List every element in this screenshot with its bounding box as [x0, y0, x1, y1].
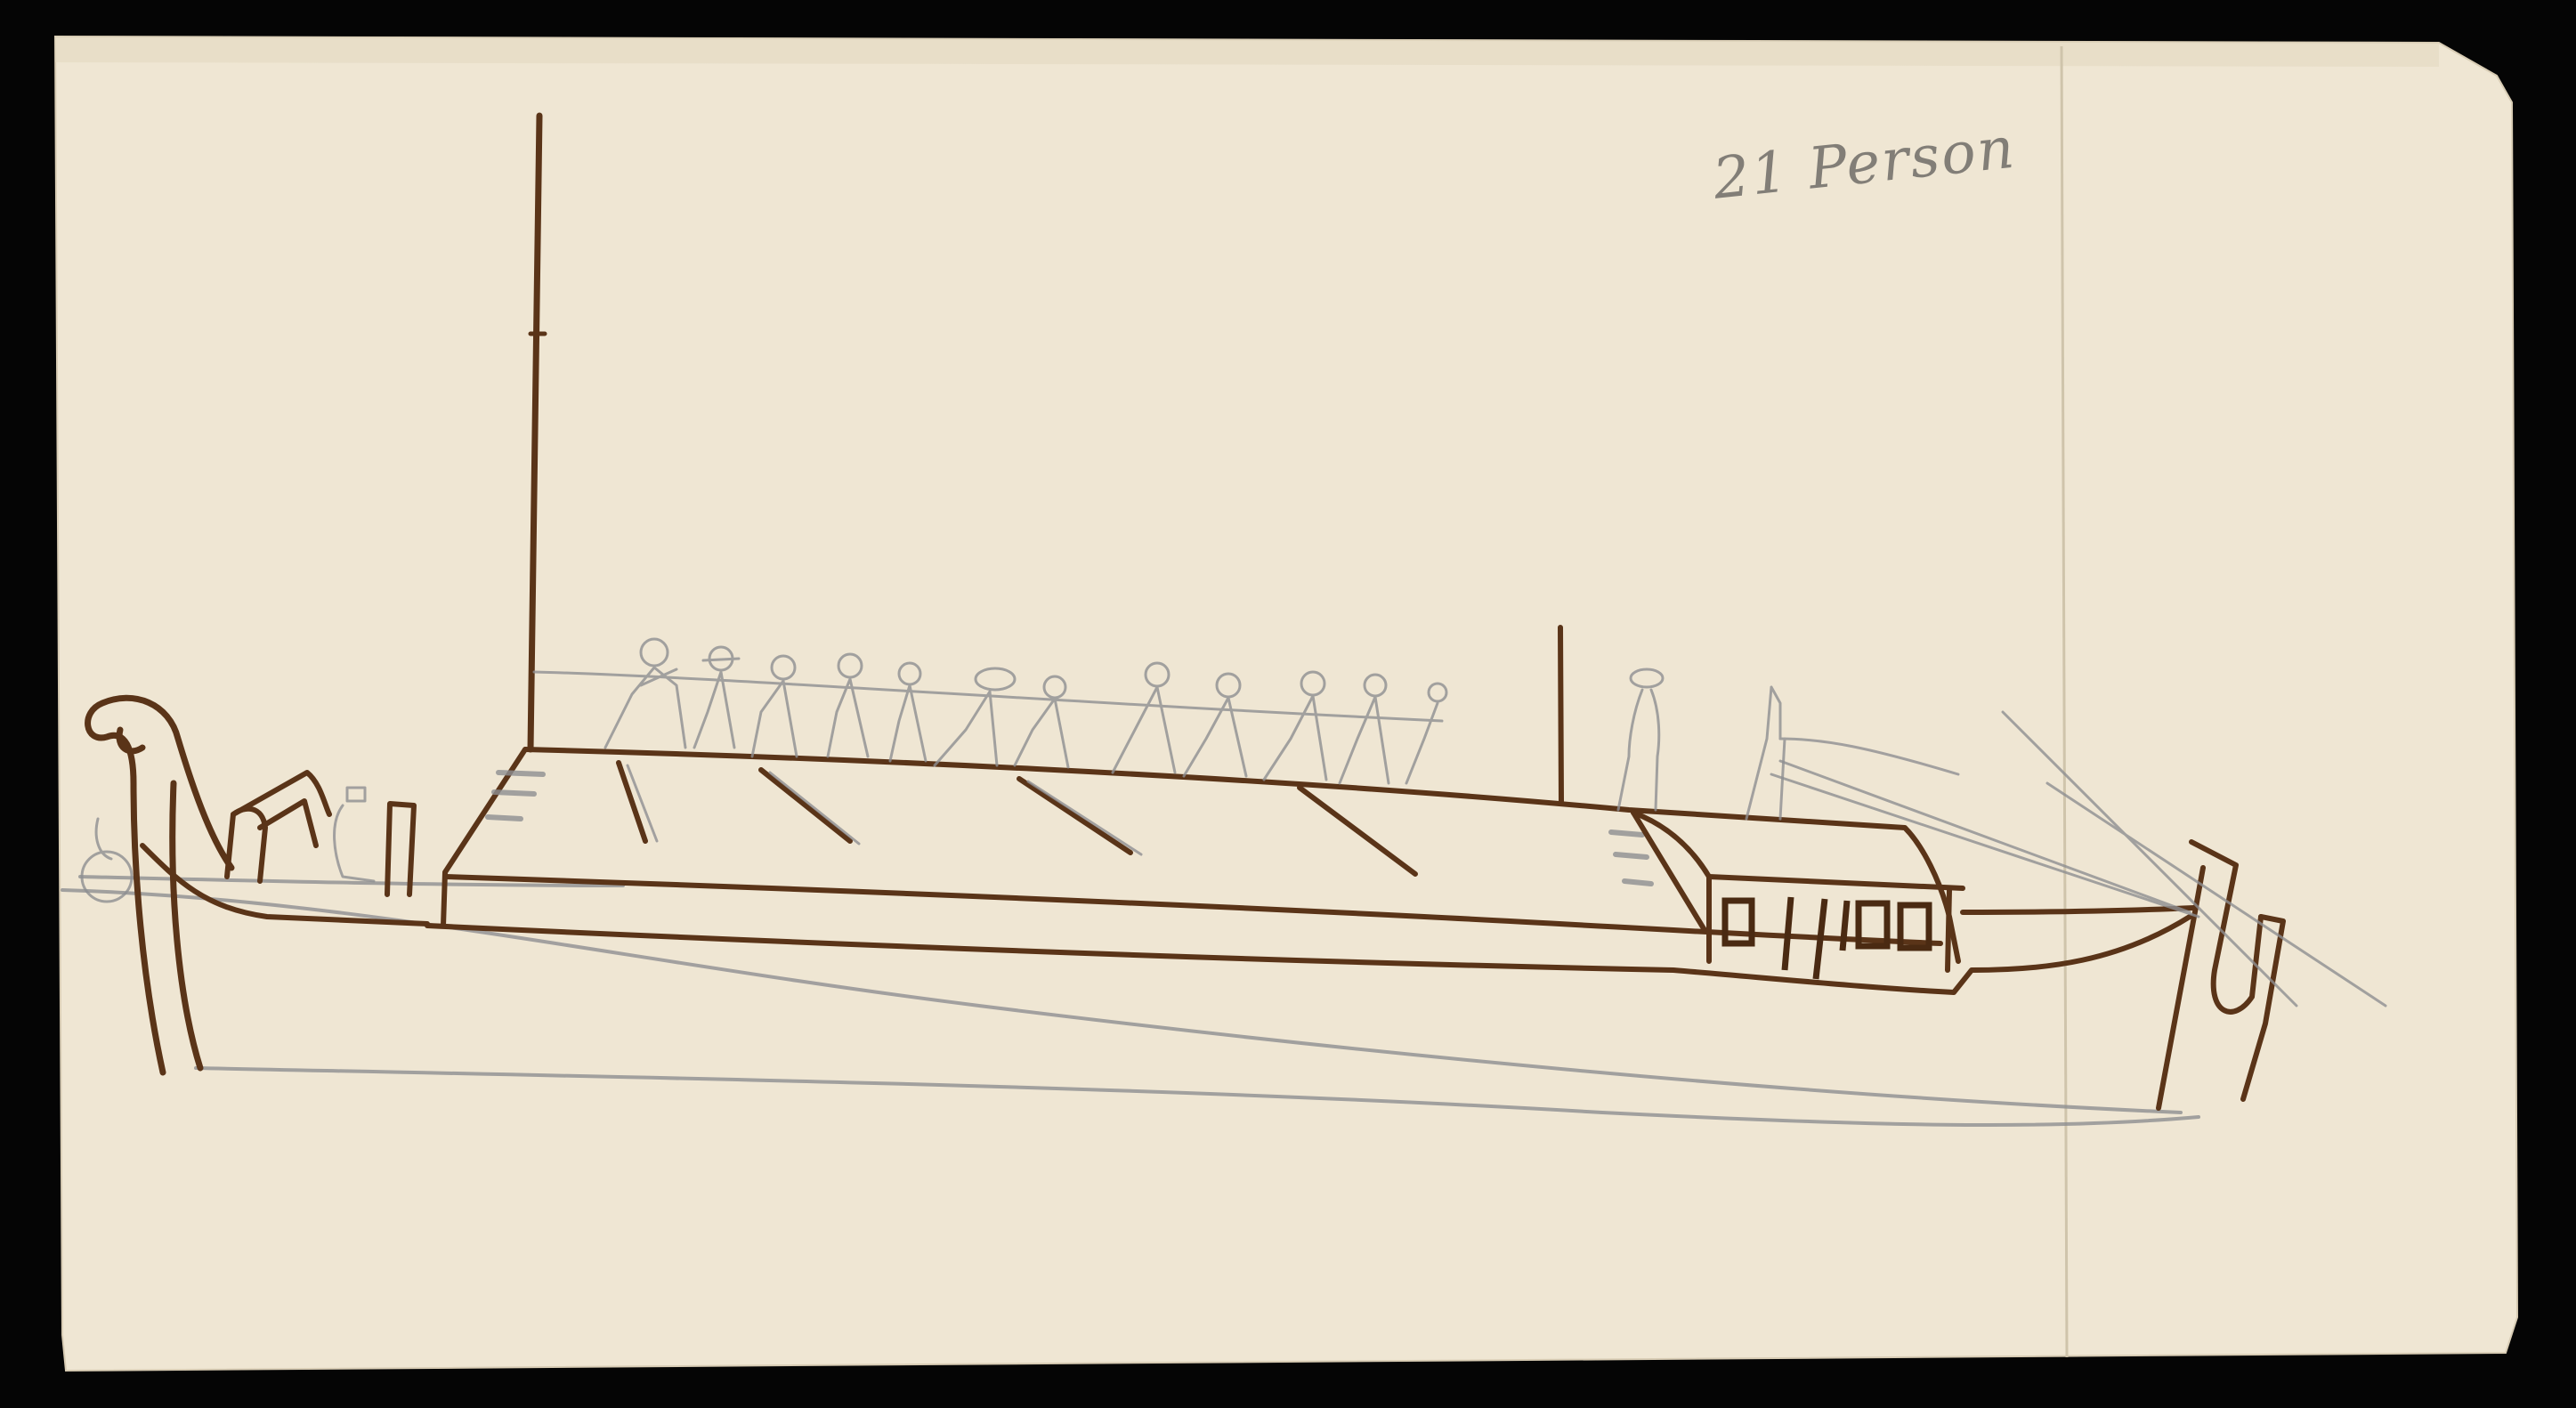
artwork-canvas: 21 Person — [0, 0, 2576, 1408]
paper-sheet — [55, 36, 2517, 1371]
rear-mast — [1560, 627, 1561, 801]
sketch-drawing — [0, 0, 2576, 1408]
